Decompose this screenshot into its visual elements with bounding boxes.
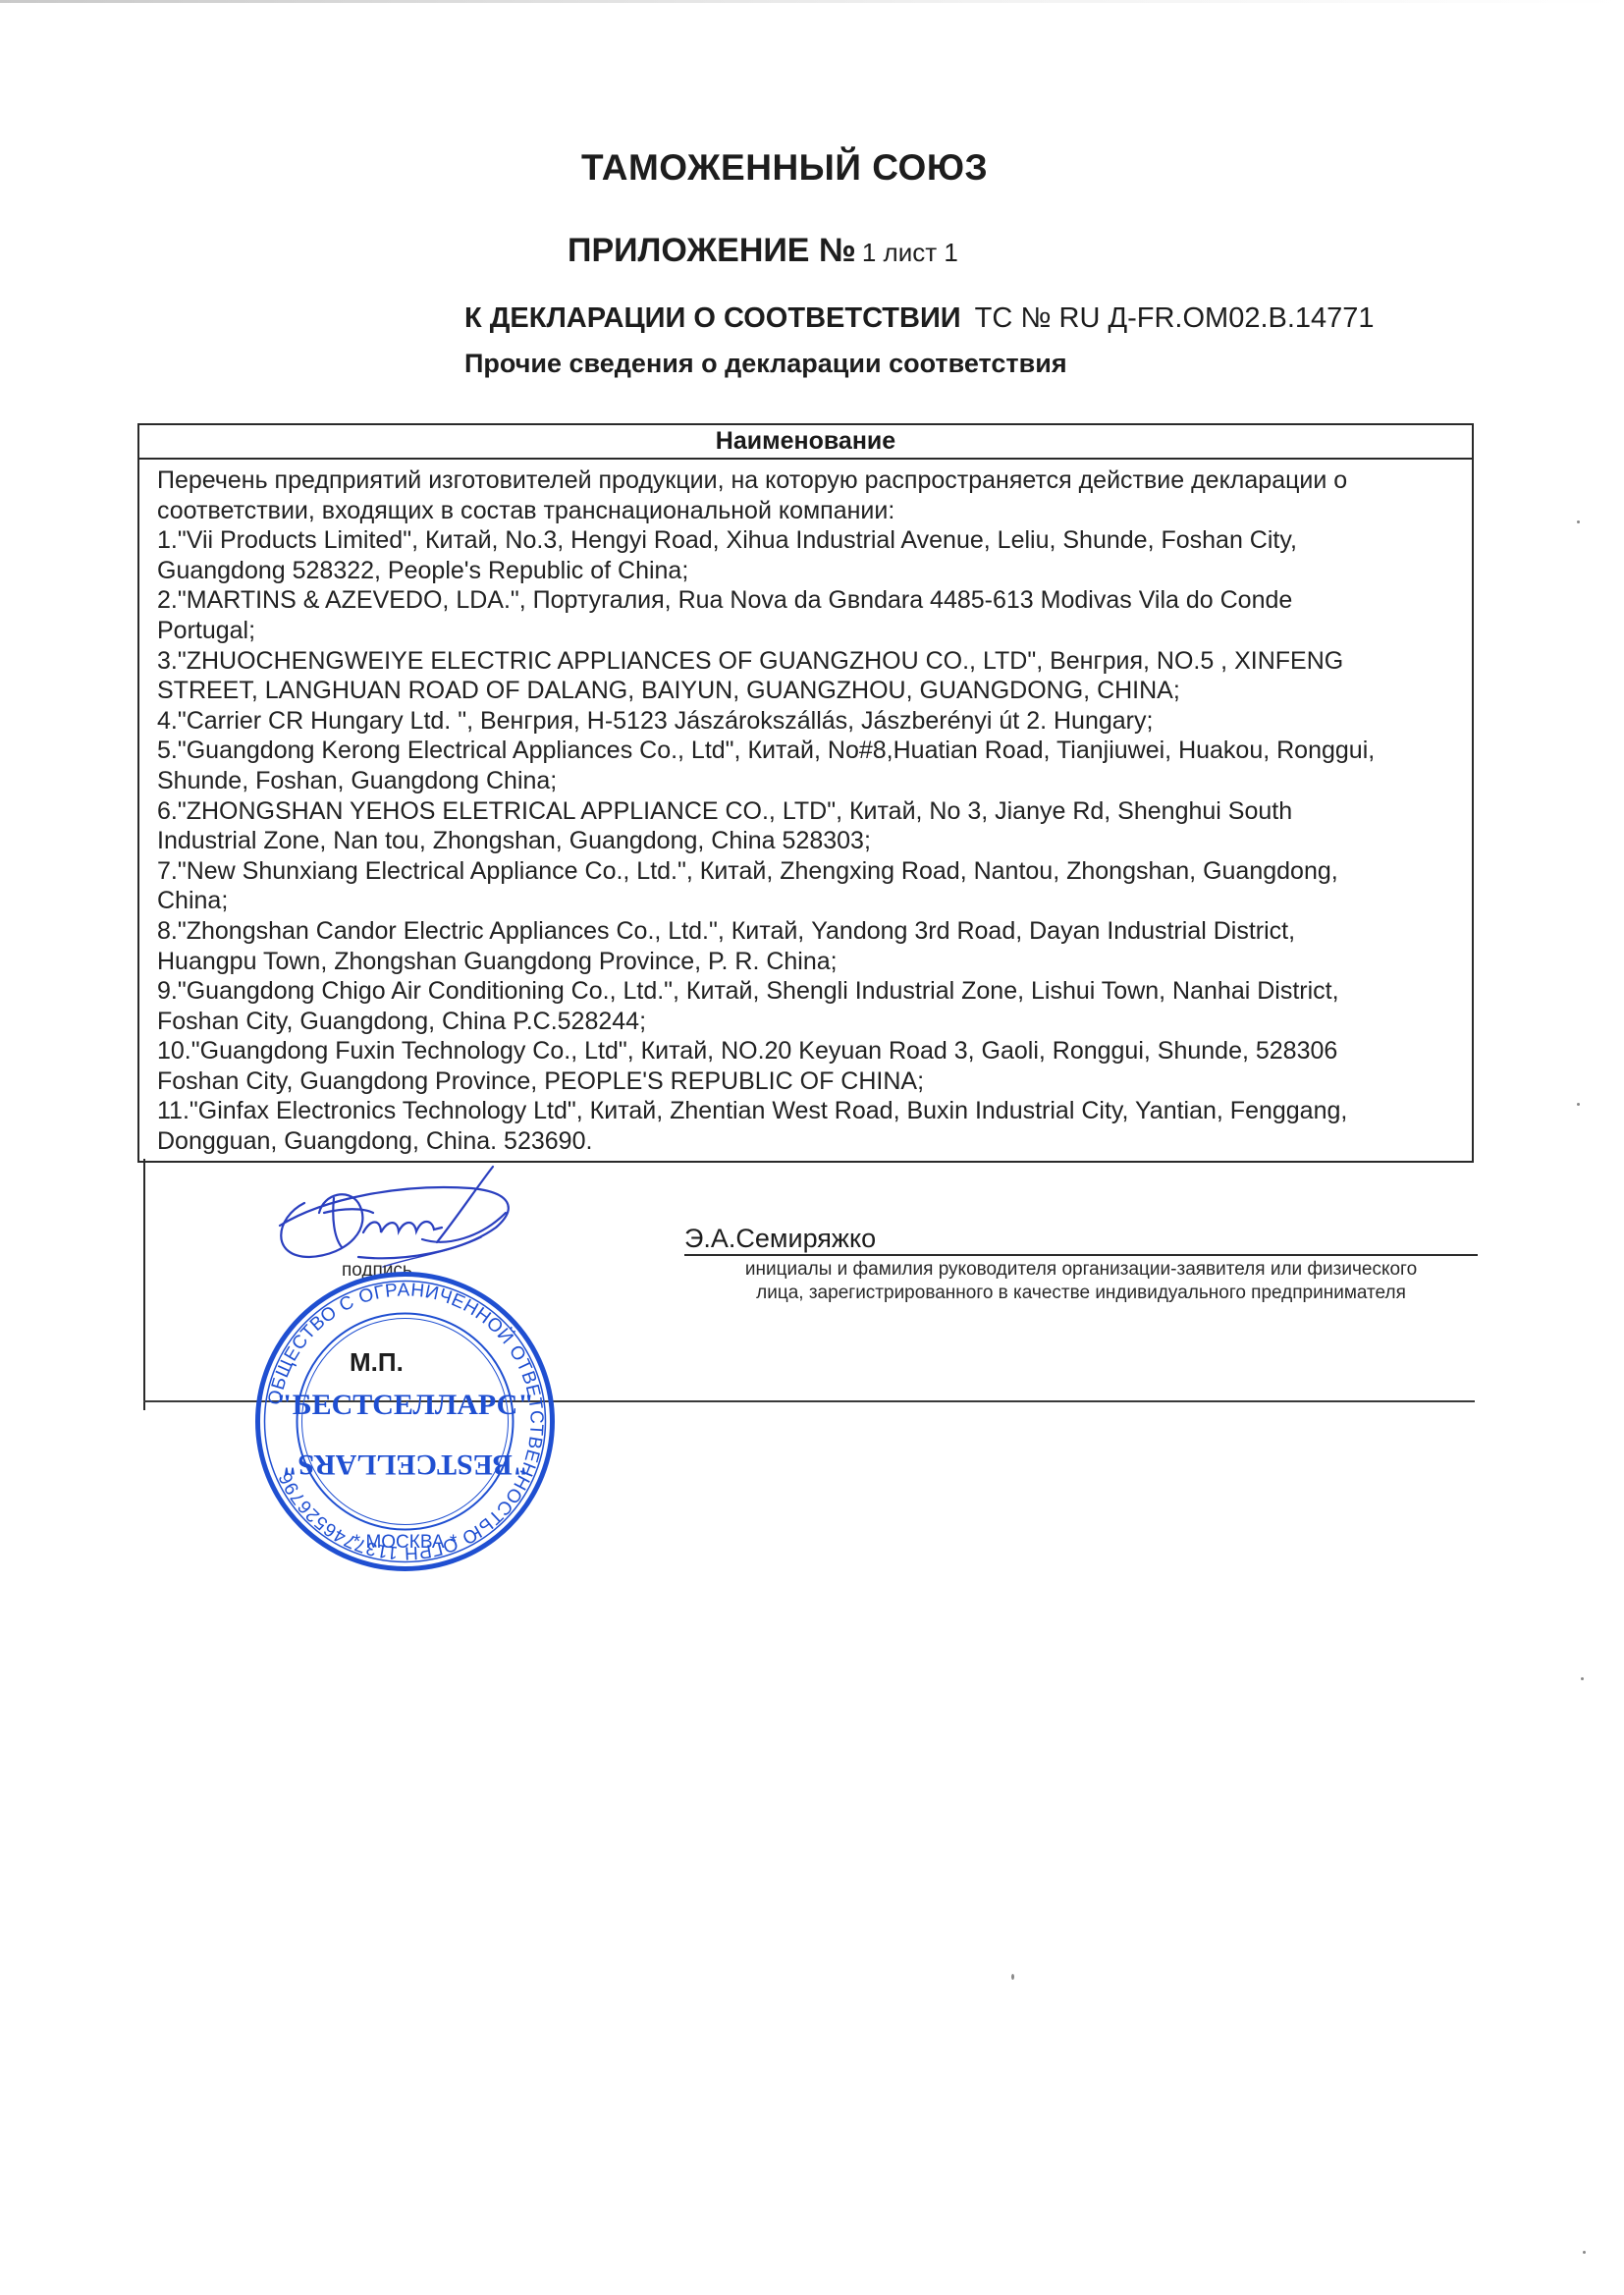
manufacturer-line: Перечень предприятий изготовителей проду… [157,465,1460,496]
manufacturer-line: 6."ZHONGSHAN YEHOS ELETRICAL APPLIANCE C… [157,796,1460,827]
manufacturer-line: 2."MARTINS & AZEVEDO, LDA.", Португалия,… [157,585,1460,616]
manufacturer-line: Foshan City, Guangdong, China P.C.528244… [157,1007,1460,1037]
stamp-name-ru: "БЕСТСЕЛЛАРС" [276,1389,534,1421]
signer-caption: инициалы и фамилия руководителя организа… [684,1258,1478,1305]
appendix-sheet: 1 лист 1 [862,238,958,267]
declaration-title: К ДЕКЛАРАЦИИ О СООТВЕТСТВИИТС № RU Д-FR.… [464,302,1375,335]
signer-caption-line-2: лица, зарегистрированного в качестве инд… [684,1282,1478,1305]
table-column-header: Наименование [139,425,1472,460]
declaration-label: К ДЕКЛАРАЦИИ О СООТВЕТСТВИИ [464,302,961,334]
union-title: ТАМОЖЕННЫЙ СОЮЗ [581,147,988,189]
declaration-number: ТС № RU Д-FR.OM02.B.14771 [975,302,1375,334]
signer-caption-line-1: инициалы и фамилия руководителя организа… [684,1258,1478,1282]
manufacturer-line: 7."New Shunxiang Electrical Appliance Co… [157,856,1460,887]
scan-speck [1581,1677,1584,1680]
signer-name: Э.А.Семиряжко [684,1224,876,1254]
appendix-title: ПРИЛОЖЕНИЕ №1 лист 1 [568,232,958,270]
page-top-edge [0,0,1624,3]
manufacturer-line: Guangdong 528322, People's Republic of C… [157,556,1460,586]
manufacturer-line: Dongguan, Guangdong, China. 523690. [157,1126,1460,1157]
signer-underline [684,1254,1478,1256]
manufacturer-line: 9."Guangdong Chigo Air Conditioning Co.,… [157,976,1460,1007]
manufacturer-line: China; [157,886,1460,916]
manufacturer-line: Portugal; [157,616,1460,646]
seal-place-label: М.П. [350,1347,404,1378]
document-subtitle: Прочие сведения о декларации соответстви… [464,349,1067,379]
stamp-name-en: "BESTCELLARS" [282,1448,529,1481]
company-stamp: ОБЩЕСТВО С ОГРАНИЧЕННОЙ ОТВЕТСТВЕННОСТЬЮ… [250,1267,560,1576]
signature-cell-left-border [143,1159,145,1410]
manufacturer-line: Foshan City, Guangdong Province, PEOPLE'… [157,1066,1460,1097]
manufacturer-line: 4."Carrier CR Hungary Ltd. ", Венгрия, H… [157,706,1460,737]
manufacturer-line: 1."Vii Products Limited", Китай, No.3, H… [157,525,1460,556]
appendix-label: ПРИЛОЖЕНИЕ № [568,232,856,269]
manufacturer-line: соответствии, входящих в состав транснац… [157,496,1460,526]
handwritten-signature [265,1159,540,1277]
scan-speck [1577,520,1580,523]
manufacturer-line: 8."Zhongshan Candor Electric Appliances … [157,916,1460,947]
manufacturer-line: STREET, LANGHUAN ROAD OF DALANG, BAIYUN,… [157,676,1460,706]
manufacturer-line: Shunde, Foshan, Guangdong China; [157,766,1460,796]
scan-speck [1577,1103,1580,1106]
stamp-ring-text: ОБЩЕСТВО С ОГРАНИЧЕННОЙ ОТВЕТСТВЕННОСТЬЮ… [265,1280,547,1562]
manufacturer-line: 3."ZHUOCHENGWEIYE ELECTRIC APPLIANCES OF… [157,646,1460,677]
scan-speck [1583,2251,1586,2254]
manufacturer-line: Industrial Zone, Nan tou, Zhongshan, Gua… [157,826,1460,856]
manufacturer-line: 11."Ginfax Electronics Technology Ltd", … [157,1096,1460,1126]
manufacturers-list: Перечень предприятий изготовителей проду… [139,460,1472,1163]
manufacturers-table: Наименование Перечень предприятий изгото… [137,423,1474,1163]
manufacturer-line: 5."Guangdong Kerong Electrical Appliance… [157,736,1460,766]
scan-speck [1011,1974,1014,1980]
manufacturer-line: 10."Guangdong Fuxin Technology Co., Ltd"… [157,1036,1460,1066]
stamp-city-text: * МОСКВА * [353,1532,458,1553]
svg-text:ОБЩЕСТВО С ОГРАНИЧЕННОЙ ОТВЕТС: ОБЩЕСТВО С ОГРАНИЧЕННОЙ ОТВЕТСТВЕННОСТЬЮ… [265,1280,547,1562]
manufacturer-line: Huangpu Town, Zhongshan Guangdong Provin… [157,947,1460,977]
